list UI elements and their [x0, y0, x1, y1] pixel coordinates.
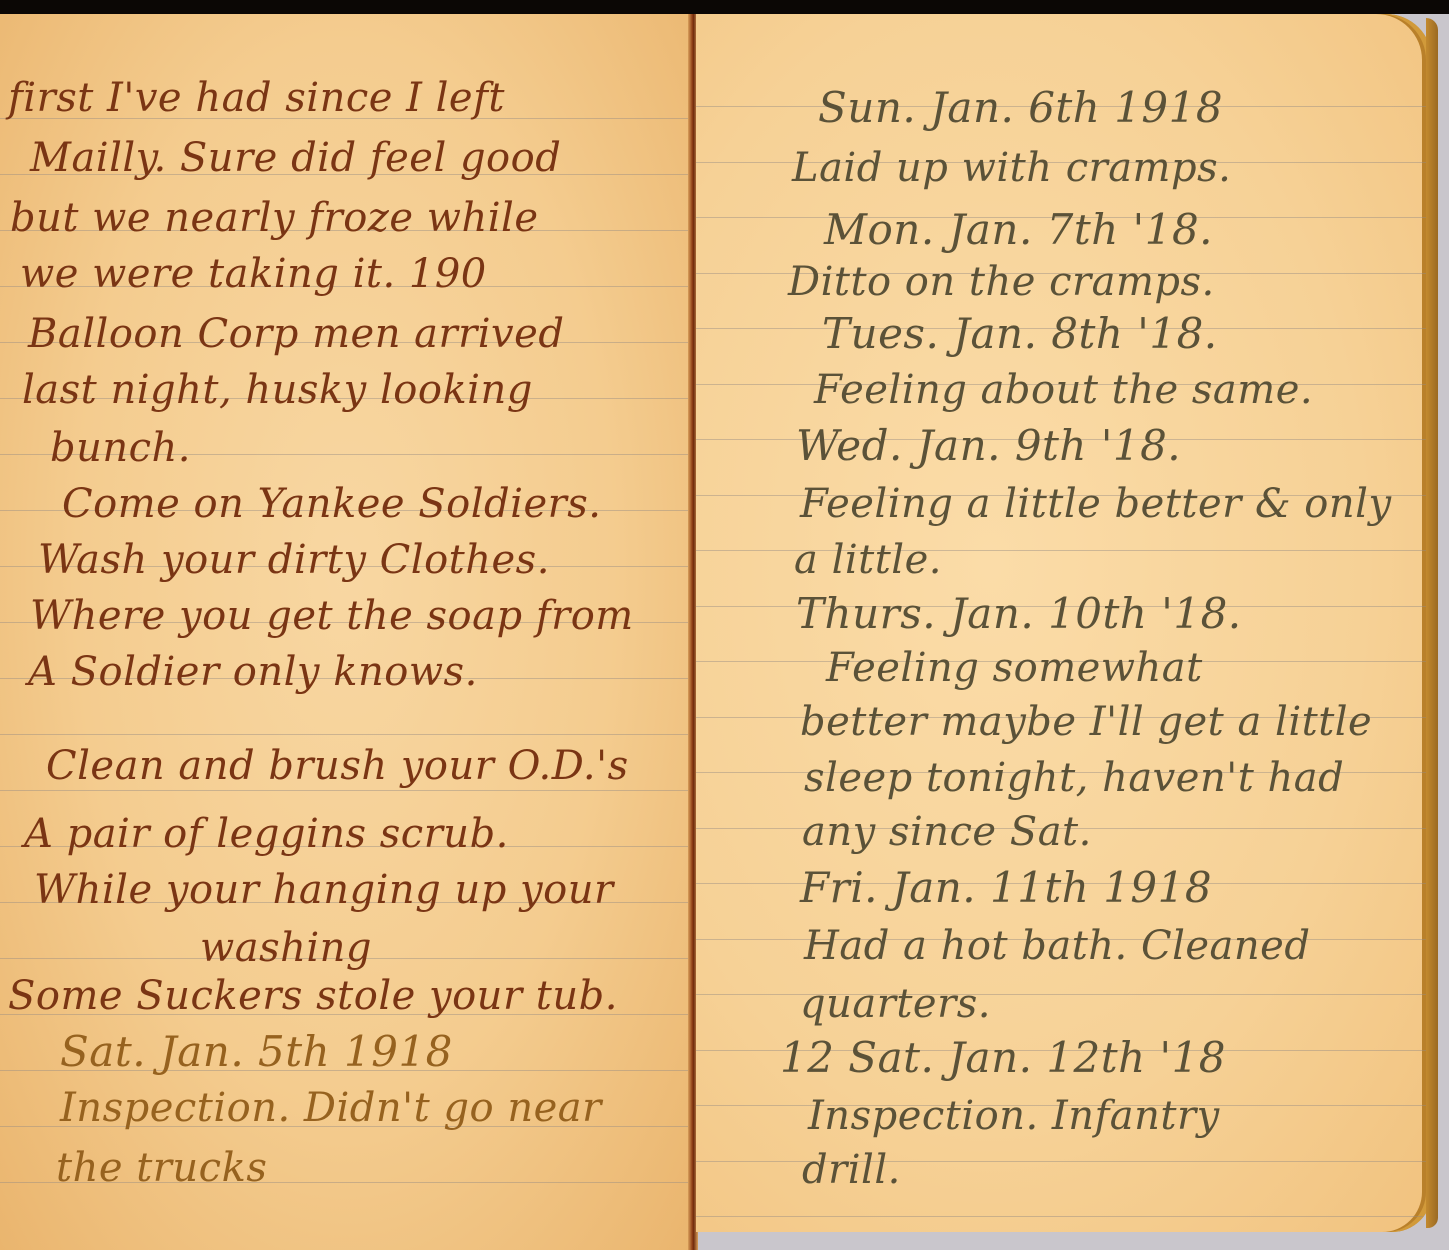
scan-top-edge	[0, 0, 1449, 14]
left-page-line: Balloon Corp men arrived	[28, 310, 564, 358]
cover-edge	[1426, 18, 1438, 1228]
ruled-line	[0, 734, 690, 735]
left-page-line: but we nearly froze while	[10, 194, 539, 242]
left-page-line: last night, husky looking	[22, 366, 533, 414]
right-page: Sun. Jan. 6th 1918Laid up with cramps.Mo…	[696, 14, 1432, 1232]
left-page-line: washing	[200, 924, 372, 972]
left-page-line: Inspection. Didn't go near	[60, 1084, 602, 1132]
left-page-line: A Soldier only knows.	[28, 648, 478, 696]
ruled-line	[0, 790, 690, 791]
ruled-line	[696, 1216, 1432, 1217]
left-page-line: Come on Yankee Soldiers.	[62, 480, 601, 528]
right-page-date-heading: Sun. Jan. 6th 1918	[818, 84, 1223, 132]
right-page-line: sleep tonight, haven't had	[804, 754, 1344, 802]
right-page-line: Ditto on the cramps.	[788, 258, 1215, 306]
right-page-line: quarters.	[800, 980, 991, 1028]
right-page-date-heading: 12 Sat. Jan. 12th '18	[780, 1034, 1226, 1082]
right-page-line: a little.	[794, 536, 942, 584]
right-page-line: Had a hot bath. Cleaned	[804, 922, 1310, 970]
diary-spread: first I've had since I leftMailly. Sure …	[0, 14, 1449, 1250]
left-page-line: bunch.	[50, 424, 191, 472]
left-page-line: Some Suckers stole your tub.	[8, 972, 618, 1020]
right-page-date-heading: Mon. Jan. 7th '18.	[824, 206, 1213, 254]
left-page-line: first I've had since I left	[8, 74, 505, 122]
right-page-line: any since Sat.	[802, 808, 1092, 856]
left-page-line: Where you get the soap from	[30, 592, 634, 640]
right-page-line: better maybe I'll get a little	[800, 698, 1372, 746]
right-page-line: Feeling somewhat	[826, 644, 1203, 692]
right-page-line: drill.	[802, 1146, 901, 1194]
right-page-line: Inspection. Infantry	[808, 1092, 1220, 1140]
left-page-line: the trucks	[56, 1144, 267, 1192]
left-page-line: Wash your dirty Clothes.	[38, 536, 550, 584]
right-page-line: Feeling a little better & only	[800, 480, 1392, 528]
left-page-date-heading: Sat. Jan. 5th 1918	[60, 1028, 453, 1076]
left-page-line: A pair of leggins scrub.	[24, 810, 509, 858]
left-page-line: Clean and brush your O.D.'s	[46, 742, 629, 790]
right-page-date-heading: Fri. Jan. 11th 1918	[800, 864, 1212, 912]
left-page-line: While your hanging up your	[34, 866, 614, 914]
left-page-line: we were taking it. 190	[20, 250, 487, 298]
right-page-date-heading: Tues. Jan. 8th '18.	[822, 310, 1218, 358]
right-page-line: Feeling about the same.	[814, 366, 1313, 414]
right-page-date-heading: Wed. Jan. 9th '18.	[796, 422, 1181, 470]
right-page-date-heading: Thurs. Jan. 10th '18.	[796, 590, 1242, 638]
left-page-line: Mailly. Sure did feel good	[30, 134, 561, 182]
left-page: first I've had since I leftMailly. Sure …	[0, 14, 690, 1250]
right-page-line: Laid up with cramps.	[792, 144, 1231, 192]
